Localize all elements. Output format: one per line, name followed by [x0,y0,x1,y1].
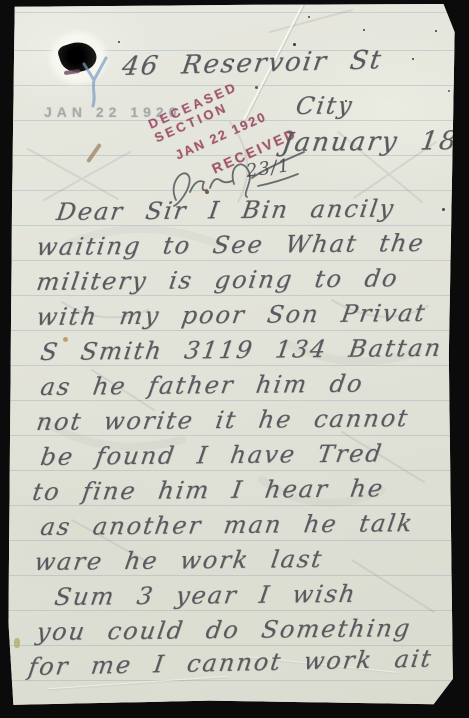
paper-speck [363,29,365,31]
body-line: with my poor Son Privat [34,299,428,335]
body-line: not worite it he cannot [34,404,411,440]
body-line: waiting to See What the [34,229,427,265]
body-line: Dear Sir I Bin ancily [54,194,397,230]
scanned-letter: JAN 22 1920 DECEASED SECTION JAN 22 1920… [0,0,469,718]
paper-speck [118,41,120,43]
body-line: as another man he talk [38,509,416,545]
body-line: you could do Something [34,614,413,650]
letter-paper: JAN 22 1920 DECEASED SECTION JAN 22 1920… [8,4,456,707]
body-line: for me I cannot work ait [26,645,434,685]
body-line: ware he work last [32,545,325,580]
body-line: to fine him I hear he [30,474,386,510]
paper-speck [308,16,310,18]
paper-speck [345,100,347,102]
paper-speck [63,337,68,342]
paper-speck [293,43,296,46]
body-line: as he father him do [38,370,366,405]
paper-speck [14,638,20,648]
paper-speck [412,58,414,60]
paper-speck [435,30,437,32]
body-line: Sum 3 year I wish [52,580,359,615]
paper-speck [86,143,102,163]
address-line: 46 Reservoir St [120,45,385,82]
body-line: S Smith 3119 134 Battan [38,334,444,370]
city-line: City [294,91,355,120]
body-line: be found I have Tred [38,439,385,475]
paper-speck [442,208,445,211]
paper-speck [232,60,234,62]
paper-speck [448,90,450,92]
body-line: militery is going to do [34,264,401,300]
paper-speck [205,190,209,194]
date-line: January 18 [280,126,460,158]
paper-speck [255,86,258,89]
